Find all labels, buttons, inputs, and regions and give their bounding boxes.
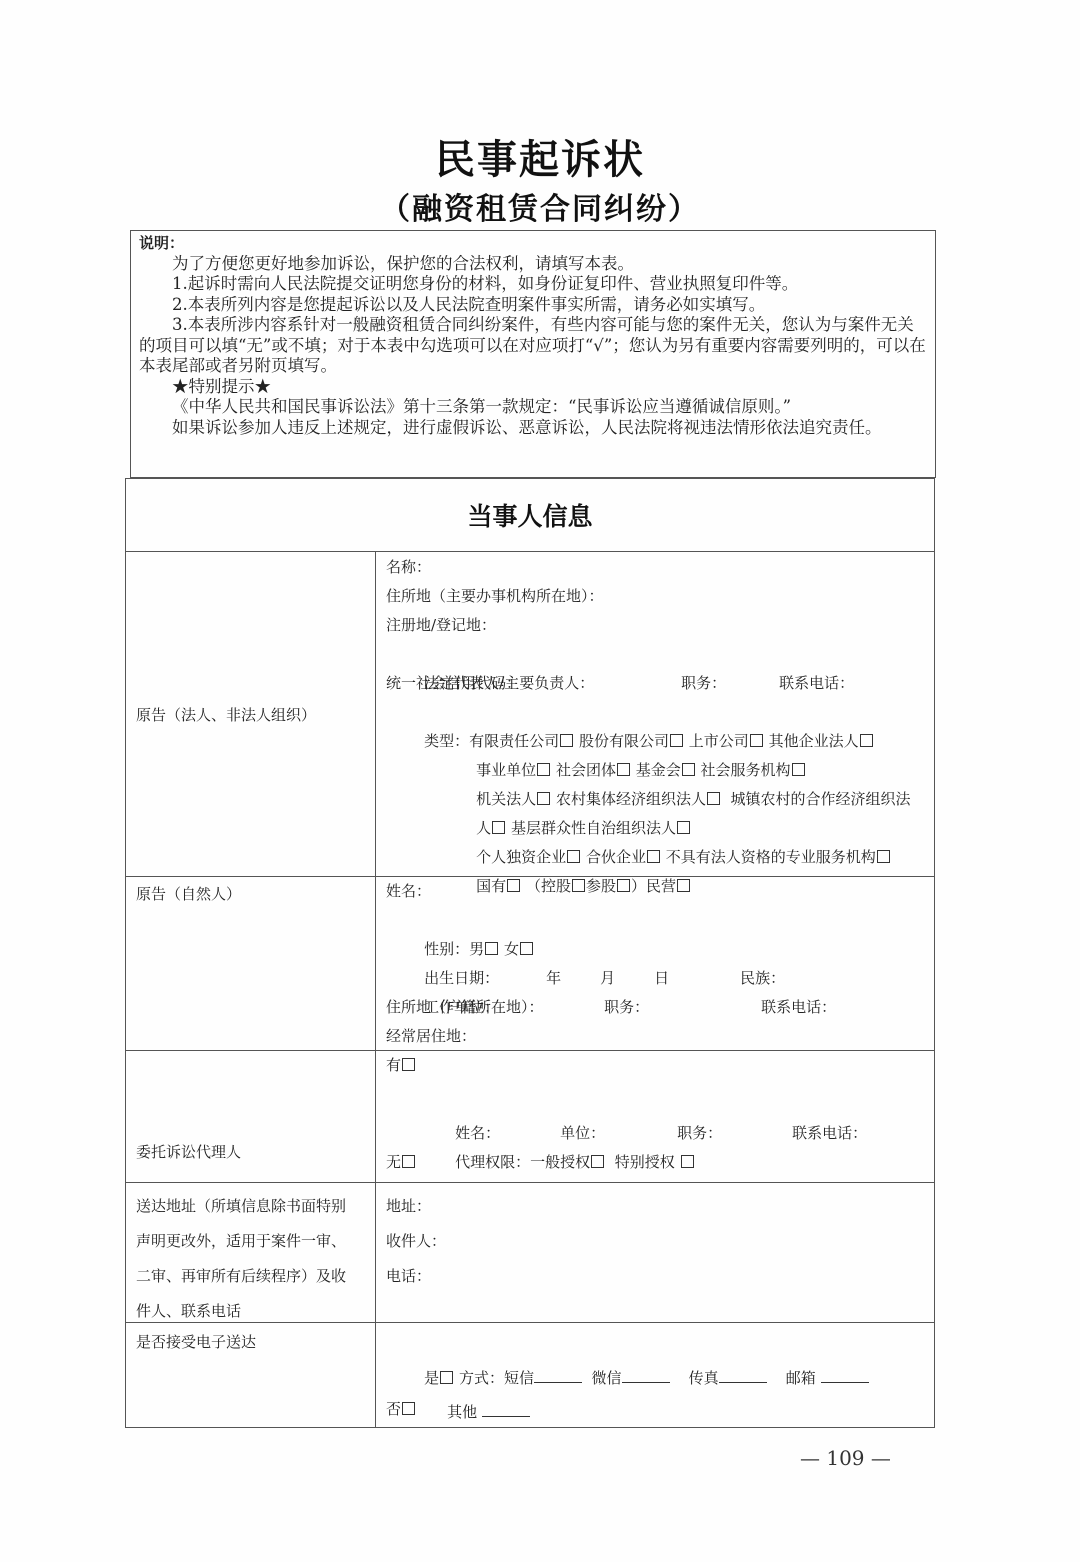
warning-text: 如果诉讼参加人违反上述规定，进行虚假诉讼、恶意诉讼，人民法院将视违法情形依法追究… <box>139 418 927 439</box>
checkbox[interactable] <box>617 763 630 776</box>
agent-label: 委托诉讼代理人 <box>126 1051 376 1182</box>
sms-label: 短信 <box>504 1369 534 1387</box>
ethnicity-field[interactable]: 民族： <box>740 969 785 987</box>
wechat-input[interactable] <box>622 1368 670 1383</box>
type-option: 其他企业法人 <box>769 732 859 750</box>
instructions-box: 说明： 为了方便您更好地参加诉讼，保护您的合法权利，请填写本表。 1.起诉时需向… <box>130 230 936 478</box>
label-text: 送达地址（所填信息除书面特别 <box>136 1189 365 1224</box>
type-option: 人 <box>476 819 491 837</box>
male-checkbox[interactable] <box>485 942 498 955</box>
e-service-yes-line: 是 方式：短信 微信 传真 邮箱 <box>386 1327 924 1361</box>
female-option: 女 <box>504 940 519 958</box>
type-option: 合伙企业 <box>586 848 646 866</box>
type-option: 社会团体 <box>556 761 616 779</box>
label-text: 原告（法人、非法人组织） <box>136 704 316 725</box>
type-option: 有限责任公司 <box>469 732 559 750</box>
person-gender-line: 性别：男 女 <box>386 906 924 935</box>
type-option: 事业单位 <box>476 761 536 779</box>
instructions-item-2: 2.本表所列内容是您提起诉讼以及人民法院查明案件事实所需，请务必如实填写。 <box>139 295 927 316</box>
plaintiff-org-label: 原告（法人、非法人组织） <box>126 552 376 876</box>
type-option: 城镇农村的合作经济组织法 <box>731 790 911 808</box>
e-service-label: 是否接受电子送达 <box>126 1323 376 1427</box>
row-e-service: 是否接受电子送达 是 方式：短信 微信 传真 邮箱 其他 否 <box>126 1323 934 1427</box>
checkbox[interactable] <box>750 734 763 747</box>
row-plaintiff-org: 原告（法人、非法人组织） 名称： 住所地（主要办事机构所在地）： 注册地/登记地… <box>126 552 934 877</box>
person-residence-field[interactable]: 经常居住地： <box>386 1022 924 1051</box>
org-type-label: 类型： <box>424 732 469 750</box>
org-rep-line: 法定代表人/主要负责人：职务：联系电话： <box>386 640 924 669</box>
general-checkbox[interactable] <box>591 1155 604 1168</box>
female-checkbox[interactable] <box>520 942 533 955</box>
checkbox[interactable] <box>792 763 805 776</box>
method-label: 方式： <box>459 1369 504 1387</box>
birth-date-field[interactable]: 出生日期： <box>424 964 546 993</box>
service-address-label: 送达地址（所填信息除书面特别 声明更改外，适用于案件一审、 二审、再审所有后续程… <box>126 1183 376 1322</box>
title-field[interactable]: 职务： <box>604 993 761 1022</box>
e-service-no-checkbox[interactable] <box>402 1402 415 1415</box>
org-rep-phone-field[interactable]: 联系电话： <box>779 674 854 692</box>
page-number: — 109 — <box>800 1446 891 1470</box>
agent-yes-line: 有 <box>386 1051 924 1080</box>
checkbox[interactable] <box>877 850 890 863</box>
checkbox[interactable] <box>537 792 550 805</box>
document-title: 民事起诉状 <box>0 128 1080 185</box>
checkbox[interactable] <box>707 792 720 805</box>
row-agent: 委托诉讼代理人 有 姓名：单位：职务：联系电话： 代理权限：一般授权 特别授权 … <box>126 1051 934 1183</box>
e-service-yes-checkbox[interactable] <box>440 1371 453 1384</box>
plaintiff-org-fields: 名称： 住所地（主要办事机构所在地）： 注册地/登记地： 法定代表人/主要负责人… <box>376 552 934 876</box>
special-checkbox[interactable] <box>681 1155 694 1168</box>
fax-input[interactable] <box>719 1368 767 1383</box>
checkbox[interactable] <box>670 734 683 747</box>
e-service-yes-option: 是 <box>424 1369 439 1387</box>
label-text: 是否接受电子送达 <box>136 1331 256 1352</box>
agent-no-option: 无 <box>386 1153 401 1171</box>
authority-label: 代理权限： <box>455 1153 530 1171</box>
type-option: 股份有限公司 <box>579 732 669 750</box>
person-name-field[interactable]: 姓名： <box>386 877 924 906</box>
agent-fields: 有 姓名：单位：职务：联系电话： 代理权限：一般授权 特别授权 无 <box>376 1051 934 1182</box>
plaintiff-person-fields: 姓名： 性别：男 女 出生日期：年月日民族： 工作单位：职务：联系电话： 住所地… <box>376 877 934 1050</box>
fax-label: 传真 <box>689 1369 719 1387</box>
other-input[interactable] <box>482 1402 530 1417</box>
email-label: 邮箱 <box>786 1369 816 1387</box>
row-service-address: 送达地址（所填信息除书面特别 声明更改外，适用于案件一审、 二审、再审所有后续程… <box>126 1183 934 1323</box>
instructions-heading: 说明： <box>139 233 927 254</box>
phone-field[interactable]: 联系电话： <box>761 998 836 1016</box>
row-plaintiff-person: 原告（自然人） 姓名： 性别：男 女 出生日期：年月日民族： 工作单位：职务：联… <box>126 877 934 1051</box>
special-notice-heading: ★特别提示★ <box>139 377 927 398</box>
label-text: 原告（自然人） <box>136 883 241 904</box>
label-text: 声明更改外，适用于案件一审、 <box>136 1224 365 1259</box>
general-option: 一般授权 <box>530 1153 590 1171</box>
other-label: 其他 <box>447 1403 477 1421</box>
instructions-item-1: 1.起诉时需向人民法院提交证明您身份的材料，如身份证复印件、营业执照复印件等。 <box>139 274 927 295</box>
org-registered-field[interactable]: 注册地/登记地： <box>386 611 924 640</box>
org-rep-title-field[interactable]: 职务： <box>681 669 779 698</box>
type-option: 个人独资企业 <box>476 848 566 866</box>
recipient-field[interactable]: 收件人： <box>386 1224 924 1259</box>
checkbox[interactable] <box>537 763 550 776</box>
type-option: 农村集体经济组织法人 <box>556 790 706 808</box>
male-option: 男 <box>469 940 484 958</box>
agent-name-field[interactable]: 姓名： <box>455 1119 560 1148</box>
label-text: 二审、再审所有后续程序）及收 <box>136 1259 365 1294</box>
agent-info-line: 姓名：单位：职务：联系电话： <box>386 1090 924 1119</box>
type-option: 机关法人 <box>476 790 536 808</box>
type-option: 上市公司 <box>689 732 749 750</box>
label-text: 委托诉讼代理人 <box>136 1141 241 1162</box>
special-option: 特别授权 <box>615 1153 675 1171</box>
agent-no-checkbox[interactable] <box>402 1155 415 1168</box>
gender-label: 性别： <box>424 940 469 958</box>
instructions-intro: 为了方便您更好地参加诉讼，保护您的合法权利，请填写本表。 <box>139 254 927 275</box>
org-type-line-1: 类型：有限责任公司 股份有限公司 上市公司 其他企业法人 <box>386 698 924 727</box>
agent-phone-field[interactable]: 联系电话： <box>792 1124 867 1142</box>
law-quote: 《中华人民共和国民事诉讼法》第十三条第一款规定：“民事诉讼应当遵循诚信原则。” <box>139 397 927 418</box>
section-title: 当事人信息 <box>126 479 934 552</box>
sms-input[interactable] <box>534 1368 582 1383</box>
checkbox[interactable] <box>677 821 690 834</box>
type-option: 基金会 <box>636 761 681 779</box>
document-subtitle: （融资租赁合同纠纷） <box>0 184 1080 228</box>
e-service-no-option: 否 <box>386 1400 401 1418</box>
instructions-item-3: 3.本表所涉内容系针对一般融资租赁合同纠纷案件，有些内容可能与您的案件无关，您认… <box>139 315 927 377</box>
type-option: 社会服务机构 <box>701 761 791 779</box>
agent-yes-checkbox[interactable] <box>402 1058 415 1071</box>
checkbox[interactable] <box>560 734 573 747</box>
service-address-fields: 地址： 收件人： 电话： <box>376 1183 934 1322</box>
checkbox[interactable] <box>492 821 505 834</box>
wechat-label: 微信 <box>592 1369 622 1387</box>
checkbox[interactable] <box>647 850 660 863</box>
day-label: 日 <box>654 964 740 993</box>
type-option: 不具有法人资格的专业服务机构 <box>666 848 876 866</box>
email-input[interactable] <box>821 1368 869 1383</box>
checkbox[interactable] <box>860 734 873 747</box>
checkbox[interactable] <box>682 763 695 776</box>
phone-field[interactable]: 电话： <box>386 1259 924 1294</box>
e-service-fields: 是 方式：短信 微信 传真 邮箱 其他 否 <box>376 1323 934 1427</box>
plaintiff-person-label: 原告（自然人） <box>126 877 376 1050</box>
month-label: 月 <box>600 964 654 993</box>
agent-title-field[interactable]: 职务： <box>677 1119 792 1148</box>
agent-yes-option: 有 <box>386 1056 401 1074</box>
year-label: 年 <box>546 964 600 993</box>
agent-unit-field[interactable]: 单位： <box>560 1119 677 1148</box>
org-name-field[interactable]: 名称： <box>386 553 924 582</box>
party-info-table: 当事人信息 原告（法人、非法人组织） 名称： 住所地（主要办事机构所在地）： 注… <box>125 478 935 1428</box>
org-domicile-field[interactable]: 住所地（主要办事机构所在地）： <box>386 582 924 611</box>
type-option: 基层群众性自治组织法人 <box>511 819 676 837</box>
address-field[interactable]: 地址： <box>386 1189 924 1224</box>
checkbox[interactable] <box>567 850 580 863</box>
